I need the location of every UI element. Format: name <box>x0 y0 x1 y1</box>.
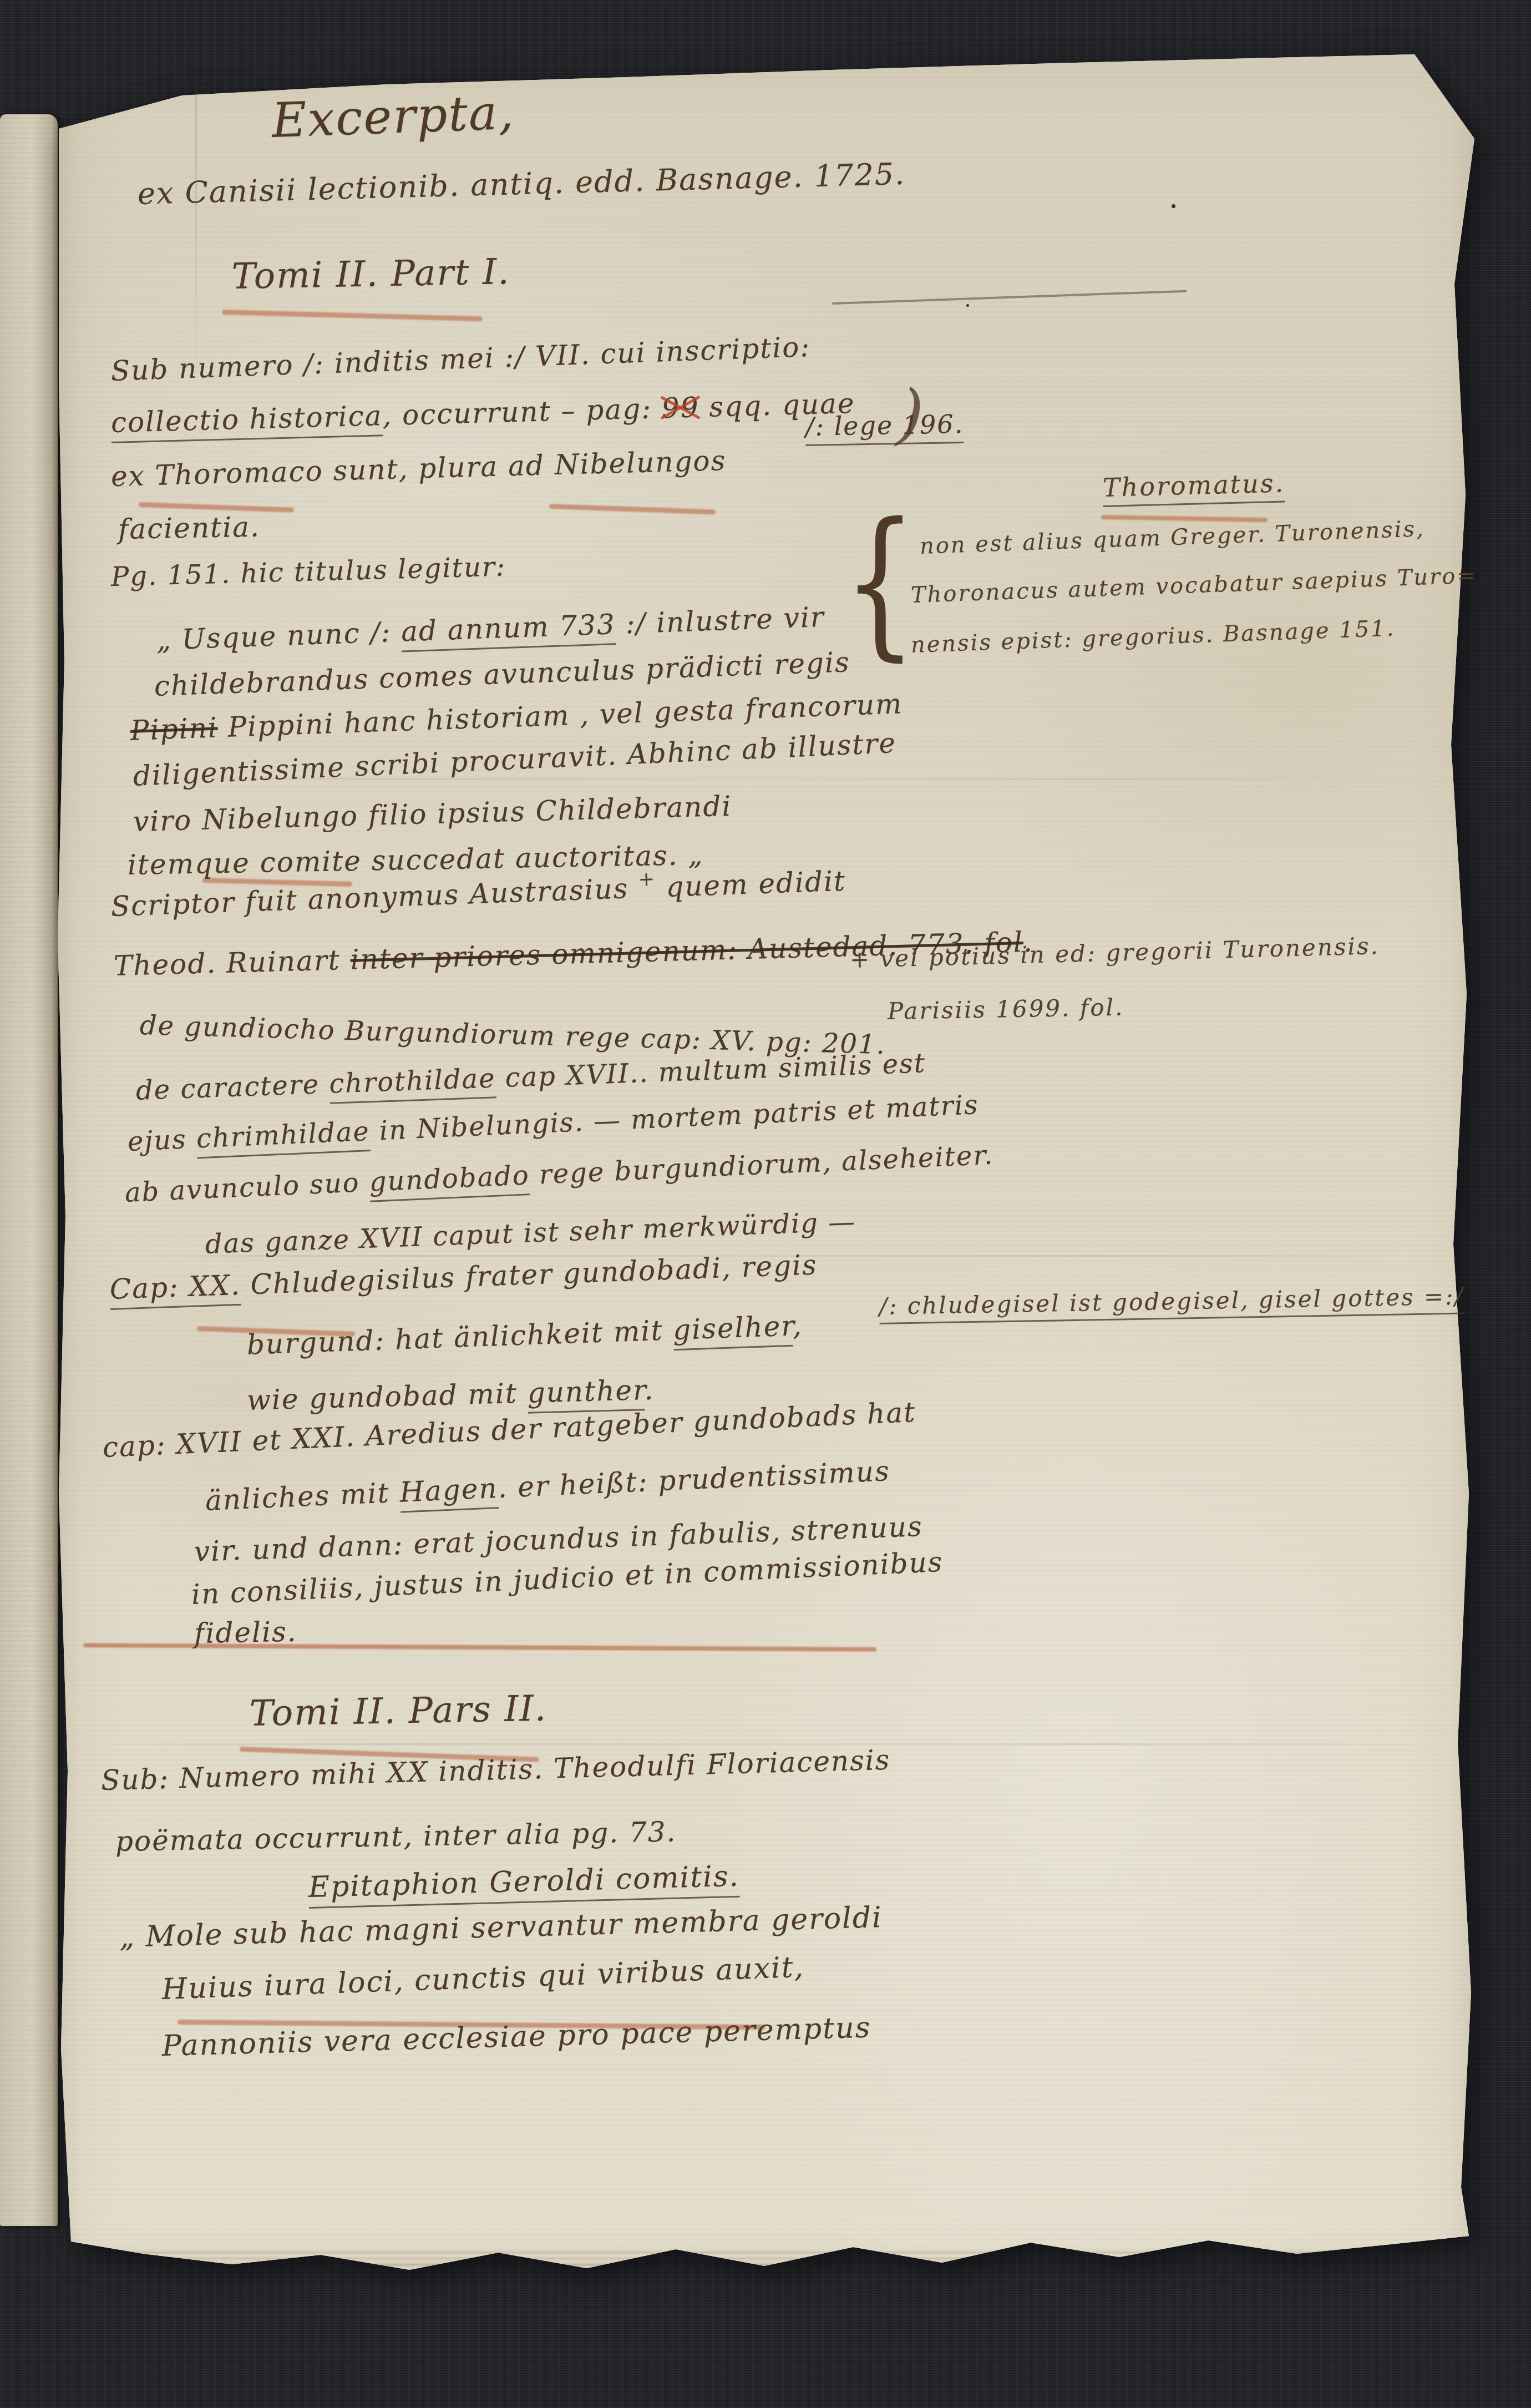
underlined-phrase: gunther <box>527 1374 645 1413</box>
highlighted-name: Nibelungo <box>201 800 358 836</box>
deckled-bottom-edge <box>54 2252 1479 2287</box>
line-text: viro <box>133 804 202 838</box>
margin-brace: { <box>843 502 917 663</box>
underlined-phrase: Thoromatus. <box>1102 468 1285 507</box>
highlighted-name: Nibelungos <box>554 444 727 481</box>
ink-speck <box>966 304 969 307</box>
large-paren: ) <box>895 381 926 449</box>
line-text: , <box>792 1309 803 1342</box>
struck-word: Pipini <box>130 712 219 747</box>
line-text: quem edidit <box>655 865 846 904</box>
line-text: ex <box>110 459 155 493</box>
underlined-phrase: /: lege 196. <box>805 409 964 446</box>
adjacent-page-edge <box>0 114 58 2226</box>
part2-heading: Tomi II. Pars II. <box>249 1688 547 1734</box>
paper-crease <box>195 83 197 394</box>
highlighted-name: Thoromaco <box>155 455 323 492</box>
margin-heading: Thoromatus. <box>1102 468 1285 503</box>
manuscript-line: fidelis. <box>194 1616 297 1650</box>
underlined-phrase: ad annum 733 <box>401 608 616 652</box>
margin-note-line: Parisiis 1699. fol. <box>888 994 1124 1025</box>
part1-heading: Tomi II. Part I. <box>231 251 510 297</box>
line-text: . <box>644 1374 655 1406</box>
underlined-phrase: Cap: XX. <box>109 1269 241 1310</box>
page-title: Excerpta, <box>271 85 515 149</box>
line-text: Theod. Ruinart <box>113 944 351 982</box>
manuscript-scan: { "doc": { "title": "Excerpta,", "source… <box>0 0 1531 2408</box>
correction-note: /: lege 196. <box>805 409 964 442</box>
line-text: sunt, plura ad <box>323 449 555 487</box>
underlined-phrase: Hagen <box>399 1472 499 1513</box>
line-text: ejus <box>127 1124 197 1157</box>
manuscript-line: facientia. <box>118 511 260 545</box>
ink-speck <box>1172 204 1175 208</box>
underlined-phrase: gundobado <box>369 1160 531 1202</box>
underlined-phrase: giselher <box>672 1310 793 1350</box>
insertion-mark: + <box>638 868 656 891</box>
paper-crease <box>67 1743 1442 1745</box>
underlined-phrase: collectio historica <box>110 399 383 443</box>
underlined-phrase: chrimhildae <box>196 1116 371 1159</box>
crossed-out-number: 99 <box>661 391 699 424</box>
underlined-phrase: chrothildae <box>328 1063 496 1104</box>
